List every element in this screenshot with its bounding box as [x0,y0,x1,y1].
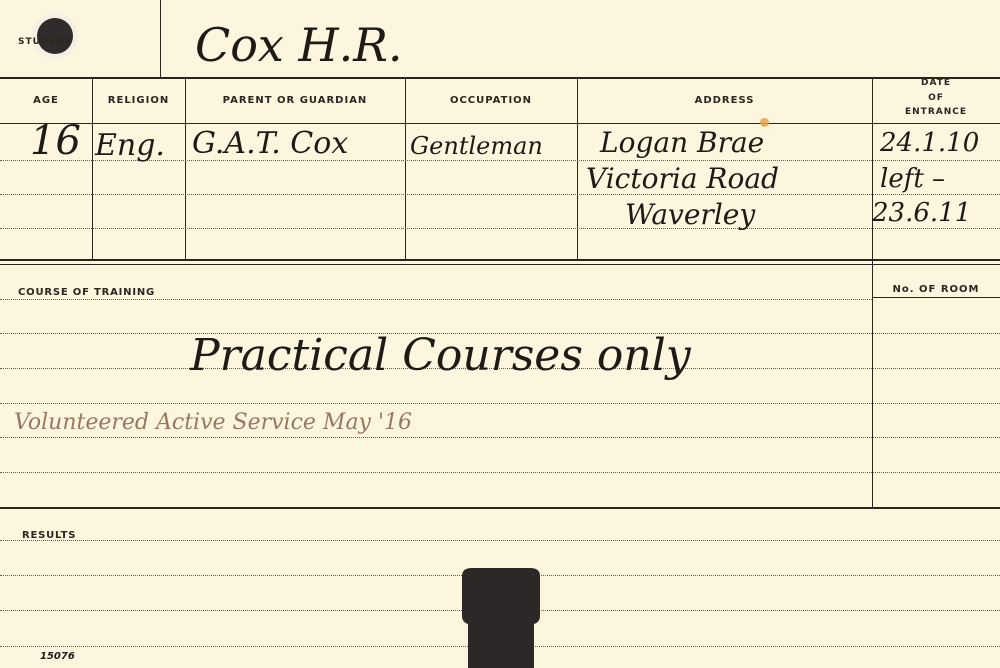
col-header-address: ADDRESS [577,95,872,106]
stain [760,118,769,127]
dotted-rule [0,540,1000,541]
header-row-rule [0,123,1000,124]
service-note: Volunteered Active Service May '16 [14,410,412,435]
col-header-parent: PARENT OR GUARDIAN [185,95,405,106]
entry-religion: Eng. [95,128,165,163]
dotted-rule [0,403,1000,404]
entry-occupation: Gentleman [410,132,543,160]
header-divider [160,0,161,78]
table-top-rule [0,77,1000,79]
entry-date-left-label: left – [880,164,945,194]
student-label: STUDENT [18,37,72,47]
student-record-card: STUDENT Cox H.R. AGE RELIGION PARENT OR … [0,0,1000,668]
col-header-occupation: OCCUPATION [405,95,577,106]
col-header-religion: RELIGION [92,95,185,106]
entry-address-line1: Logan Brae [600,126,764,159]
entry-address-line3: Waverley [625,198,755,231]
col-header-date-1: DATE [872,78,1000,88]
form-number: 15076 [40,651,75,662]
room-rule [872,297,1000,298]
entry-date-left: 23.6.11 [872,198,971,228]
entry-parent: G.A.T. Cox [192,126,348,161]
student-name: Cox H.R. [195,18,402,72]
col-header-date-3: ENTRANCE [872,107,1000,117]
table-bottom-rule [0,259,1000,261]
table-bottom-rule-2 [0,264,1000,265]
dotted-rule [0,228,1000,229]
index-tab-cutout [458,568,544,668]
entry-age: 16 [30,118,81,164]
course-entry: Practical Courses only [190,330,691,381]
entry-date-entrance: 24.1.10 [880,128,979,158]
col-header-date-2: OF [872,93,1000,103]
course-label: COURSE OF TRAINING [18,287,155,298]
dotted-rule [0,194,1000,195]
punch-hole [37,18,73,54]
room-label: No. OF ROOM [872,284,1000,295]
dotted-rule [0,472,1000,473]
entry-address-line2: Victoria Road [586,162,779,195]
dotted-rule [0,299,872,300]
col-header-age: AGE [0,95,92,106]
training-bottom-rule [0,507,1000,509]
dotted-rule [0,437,1000,438]
